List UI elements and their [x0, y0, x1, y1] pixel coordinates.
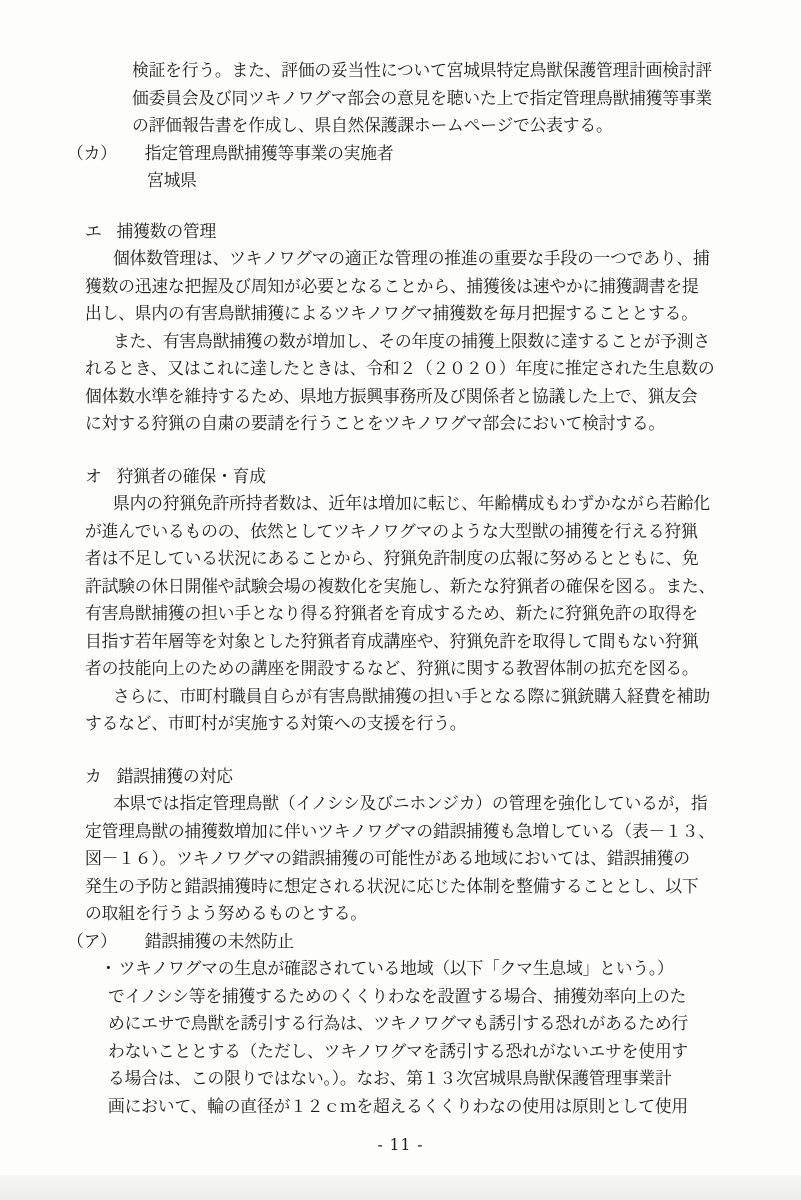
body-line: 県内の狩猟免許所持者数は、近年は増加に転じ、年齢構成もわずかながら若齢化	[0, 490, 801, 518]
section-gap	[0, 738, 801, 763]
section-o-hunter-training: オ狩猟者の確保・育成 県内の狩猟免許所持者数は、近年は増加に転じ、年齢構成もわず…	[0, 463, 801, 738]
body-line: 発生の予防と錯誤捕獲時に想定される状況に応じた体制を整備することとし、以下	[0, 873, 801, 901]
item-title: 指定管理鳥獣捕獲等事業の実施者	[145, 143, 394, 163]
section-gap	[0, 438, 801, 463]
section-e-capture-count: エ捕獲数の管理 個体数管理は、ツキノワグマの適正な管理の推進の重要な手段の一つで…	[0, 218, 801, 438]
body-line: の評価報告書を作成し、県自然保護課ホームページで公表する。	[0, 112, 801, 140]
section-gap	[0, 195, 801, 218]
scanned-document-page: { "doc": { "cont": { "lines": [ "検証を行う。ま…	[0, 0, 801, 1200]
item-body: 宮城県	[0, 167, 801, 195]
body-line: 本県では指定管理鳥獣（イノシシ及びニホンジカ）の管理を強化しているが，指	[0, 790, 801, 818]
body-line: 出し、県内の有害鳥獣捕獲によるツキノワグマ捕獲数を毎月把握することとする。	[0, 300, 801, 328]
item-label: （カ）	[67, 143, 117, 163]
body-line: 検証を行う。また、評価の妥当性について宮城県特定鳥獣保護管理計画検討評	[0, 57, 801, 85]
body-line: 目指す若年層等を対象とした狩猟者育成講座や、狩猟免許を取得して間もない狩猟	[0, 628, 801, 656]
body-line: 定管理鳥獣の捕獲数増加に伴いツキノワグマの錯誤捕獲も急増している（表－１３、	[0, 818, 801, 846]
section-label: オ	[85, 466, 102, 486]
page-body: 検証を行う。また、評価の妥当性について宮城県特定鳥獣保護管理計画検討評 価委員会…	[0, 0, 801, 1160]
body-line: 有害鳥獣捕獲の担い手となり得る狩猟者を育成するため、新たに狩猟免許の取得を	[0, 600, 801, 628]
body-line: 図－１６）。ツキノワグマの錯誤捕獲の可能性がある地域においては、錯誤捕獲の	[0, 845, 801, 873]
body-line: わないこととする（ただし、ツキノワグマを誘引する恐れがないエサを使用す	[0, 1038, 801, 1066]
body-line: 画において、輪の直径が１２ｃｍを超えるくくりわなの使用は原則として使用	[0, 1093, 801, 1121]
body-line: が進んでいるものの、依然としてツキノワグマのような大型獣の捕獲を行える狩猟	[0, 518, 801, 546]
subitem-a-paren: （ア）錯誤捕獲の未然防止 ・ツキノワグマの生息が確認されている地域（以下「クマ生…	[0, 928, 801, 1121]
section-label: カ	[85, 766, 102, 786]
section-title: 捕獲数の管理	[117, 221, 217, 241]
body-line: 個体数管理は、ツキノワグマの適正な管理の推進の重要な手段の一つであり、捕	[0, 245, 801, 273]
section-label: エ	[85, 221, 102, 241]
body-line: る場合は、この限りではない。）。なお、第１３次宮城県鳥獣保護管理事業計	[0, 1065, 801, 1093]
body-line: 許試験の休日開催や試験会場の複数化を実施し、新たな狩猟者の確保を図る。また、	[0, 573, 801, 601]
scan-edge-shadow	[0, 1175, 801, 1200]
body-line: さらに、市町村職員自らが有害鳥獣捕獲の担い手となる際に猟銃購入経費を補助	[0, 683, 801, 711]
subitem-title: 錯誤捕獲の未然防止	[145, 931, 294, 951]
body-line: 個体数水準を維持するため、県地方振興事務所及び関係者と協議した上で、猟友会	[0, 383, 801, 411]
item-ka-paren: （カ）指定管理鳥獣捕獲等事業の実施者 宮城県	[0, 140, 801, 195]
section-ka-mistaken-capture: カ錯誤捕獲の対応 本県では指定管理鳥獣（イノシシ及びニホンジカ）の管理を強化して…	[0, 763, 801, 1121]
body-line: 獲数の迅速な把握及び周知が必要となることから、捕獲後は速やかに捕獲調書を提	[0, 273, 801, 301]
body-line: でイノシシ等を捕獲するためのくくりわなを設置する場合、捕獲効率向上のた	[0, 983, 801, 1011]
page-number: - 11 -	[0, 1132, 801, 1160]
section-title: 狩猟者の確保・育成	[117, 466, 266, 486]
subitem-label: （ア）	[67, 931, 117, 951]
body-line: の取組を行うよう努めるものとする。	[0, 900, 801, 928]
section-title: 錯誤捕獲の対応	[117, 766, 233, 786]
body-line: れるとき、又はこれに達したときは、令和２（２０２０）年度に推定された生息数の	[0, 355, 801, 383]
body-line: ツキノワグマの生息が確認されている地域（以下「クマ生息域」という。）	[119, 958, 674, 978]
body-line: 者の技能向上のための講座を開設するなど、狩猟に関する教習体制の拡充を図る。	[0, 655, 801, 683]
body-line: 者は不足している状況にあることから、狩猟免許制度の広報に努めるとともに、免	[0, 545, 801, 573]
bullet-marker: ・	[100, 958, 117, 978]
body-line: するなど、市町村が実施する対策への支援を行う。	[0, 710, 801, 738]
body-line: めにエサで鳥獣を誘引する行為は、ツキノワグマも誘引する恐れがあるため行	[0, 1010, 801, 1038]
body-line: 価委員会及び同ツキノワグマ部会の意見を聴いた上で指定管理鳥獣捕獲等事業	[0, 85, 801, 113]
body-line: また、有害鳥獣捕獲の数が増加し、その年度の捕獲上限数に達することが予測さ	[0, 328, 801, 356]
continuation-paragraph: 検証を行う。また、評価の妥当性について宮城県特定鳥獣保護管理計画検討評 価委員会…	[0, 57, 801, 140]
body-line: に対する狩猟の自粛の要請を行うことをツキノワグマ部会において検討する。	[0, 410, 801, 438]
